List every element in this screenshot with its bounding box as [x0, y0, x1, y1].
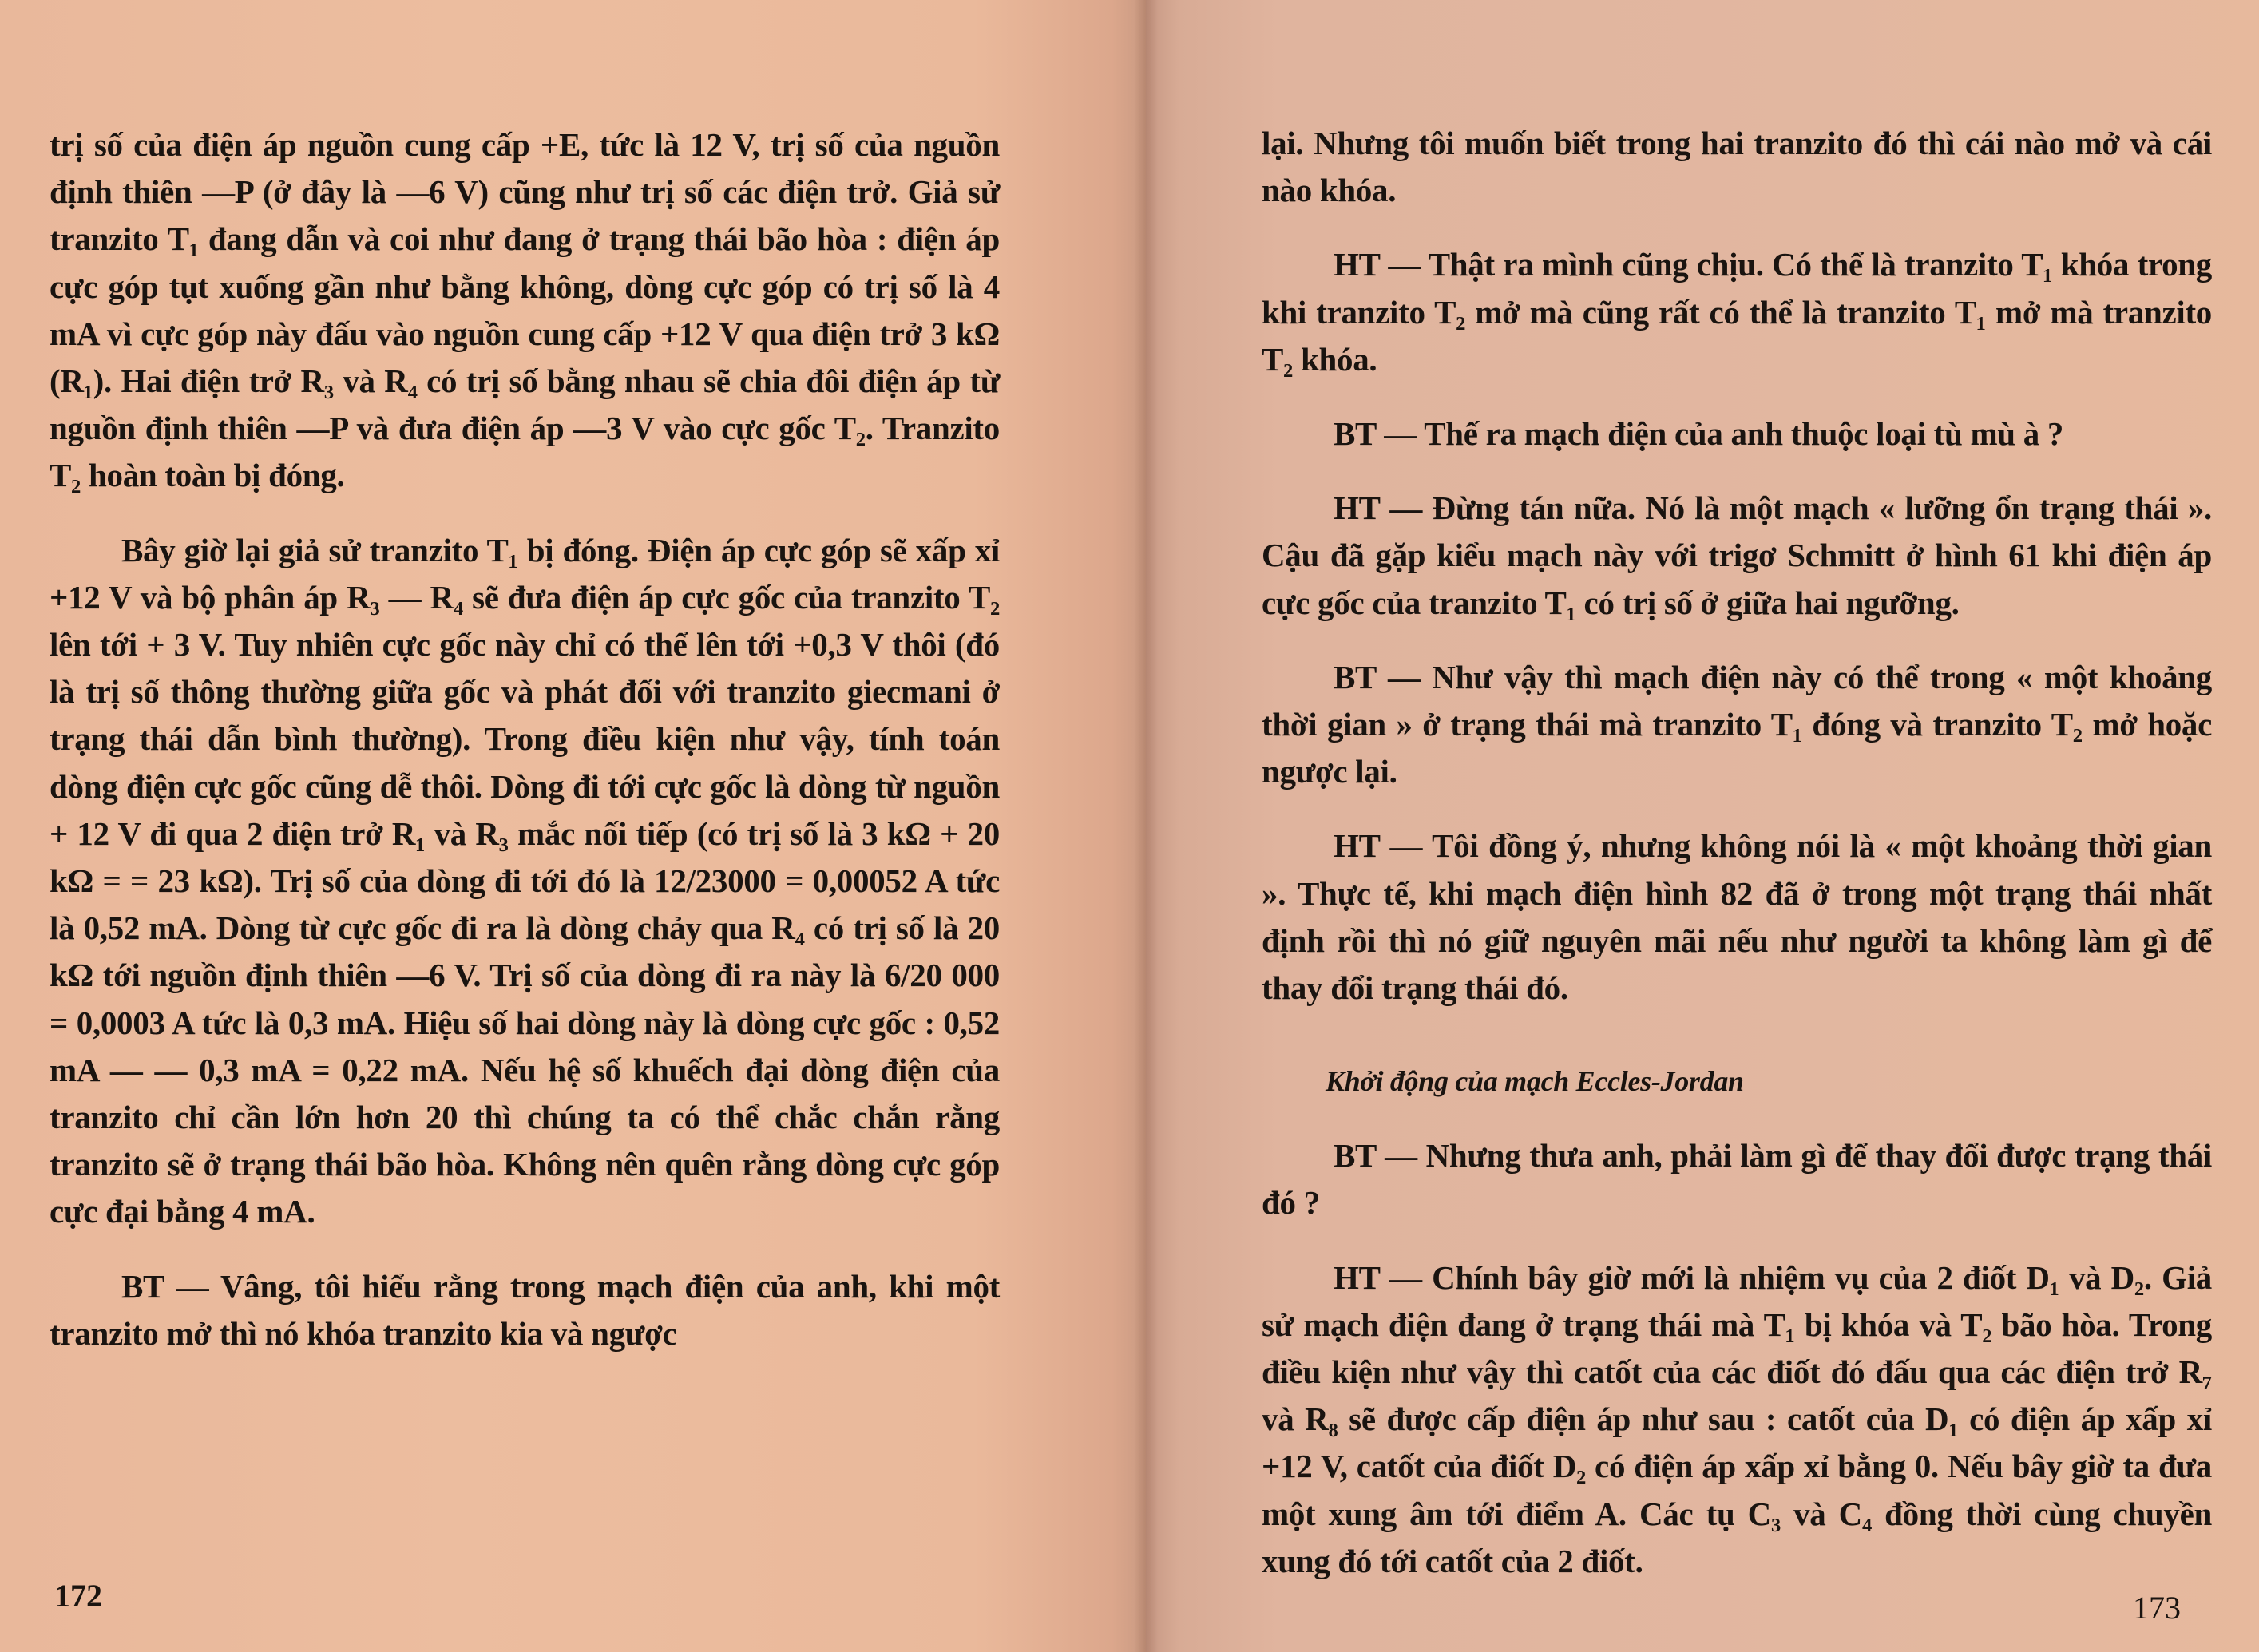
- dialogue-text: — Như vậy thì mạch điện này có thể trong…: [1262, 659, 2212, 790]
- speaker-label: BT: [1334, 659, 1376, 695]
- right-page: lại. Nhưng tôi muốn biết trong hai tranz…: [1146, 0, 2259, 1652]
- speaker-label: HT: [1334, 489, 1380, 526]
- dialogue-ht: HT — Tôi đồng ý, nhưng không nói là « mộ…: [1262, 822, 2212, 1012]
- dialogue-text: — Đừng tán nữa. Nó là một mạch « lưỡng ổ…: [1262, 489, 2212, 620]
- paragraph: Bây giờ lại giả sử tranzito T₁ bị đóng. …: [50, 527, 1000, 1236]
- dialogue-text: — Thế ra mạch điện của anh thuộc loại tù…: [1376, 415, 2063, 452]
- dialogue-text: — Thật ra mình cũng chịu. Có thể là tran…: [1262, 246, 2212, 377]
- section-heading: Khởi động của mạch Eccles-Jordan: [1326, 1058, 2212, 1105]
- paragraph-continuation: lại. Nhưng tôi muốn biết trong hai tranz…: [1262, 120, 2212, 214]
- speaker-label: HT: [1334, 1259, 1380, 1296]
- speaker-label: HT: [1334, 246, 1380, 283]
- speaker-label: BT: [121, 1268, 164, 1305]
- dialogue-text: — Vâng, tôi hiểu rằng trong mạch điện củ…: [50, 1268, 1000, 1352]
- dialogue-text: — Tôi đồng ý, nhưng không nói là « một k…: [1262, 827, 2212, 1006]
- dialogue-bt: BT — Như vậy thì mạch điện này có thể tr…: [1262, 654, 2212, 796]
- dialogue-bt: BT — Vâng, tôi hiểu rằng trong mạch điện…: [50, 1263, 1000, 1357]
- speaker-label: HT: [1334, 827, 1380, 864]
- dialogue-ht: HT — Đừng tán nữa. Nó là một mạch « lưỡn…: [1262, 485, 2212, 627]
- book-spread: trị số của điện áp nguồn cung cấp +E, tứ…: [0, 0, 2259, 1652]
- left-page: trị số của điện áp nguồn cung cấp +E, tứ…: [0, 0, 1146, 1652]
- speaker-label: BT: [1334, 1137, 1376, 1174]
- dialogue-ht: HT — Thật ra mình cũng chịu. Có thể là t…: [1262, 241, 2212, 383]
- dialogue-text: — Nhưng thưa anh, phải làm gì để thay đổ…: [1262, 1137, 2212, 1221]
- right-page-body: lại. Nhưng tôi muốn biết trong hai tranz…: [1262, 120, 2212, 1585]
- speaker-label: BT: [1334, 415, 1376, 452]
- dialogue-bt: BT — Thế ra mạch điện của anh thuộc loại…: [1262, 410, 2212, 458]
- left-page-body: trị số của điện áp nguồn cung cấp +E, tứ…: [50, 121, 1000, 1357]
- dialogue-bt: BT — Nhưng thưa anh, phải làm gì để thay…: [1262, 1132, 2212, 1226]
- page-number: 173: [2133, 1589, 2181, 1626]
- dialogue-ht: HT — Chính bây giờ mới là nhiệm vụ của 2…: [1262, 1254, 2212, 1585]
- paragraph-continuation: trị số của điện áp nguồn cung cấp +E, tứ…: [50, 121, 1000, 500]
- page-number: 172: [54, 1577, 102, 1614]
- dialogue-text: — Chính bây giờ mới là nhiệm vụ của 2 đi…: [1262, 1259, 2212, 1579]
